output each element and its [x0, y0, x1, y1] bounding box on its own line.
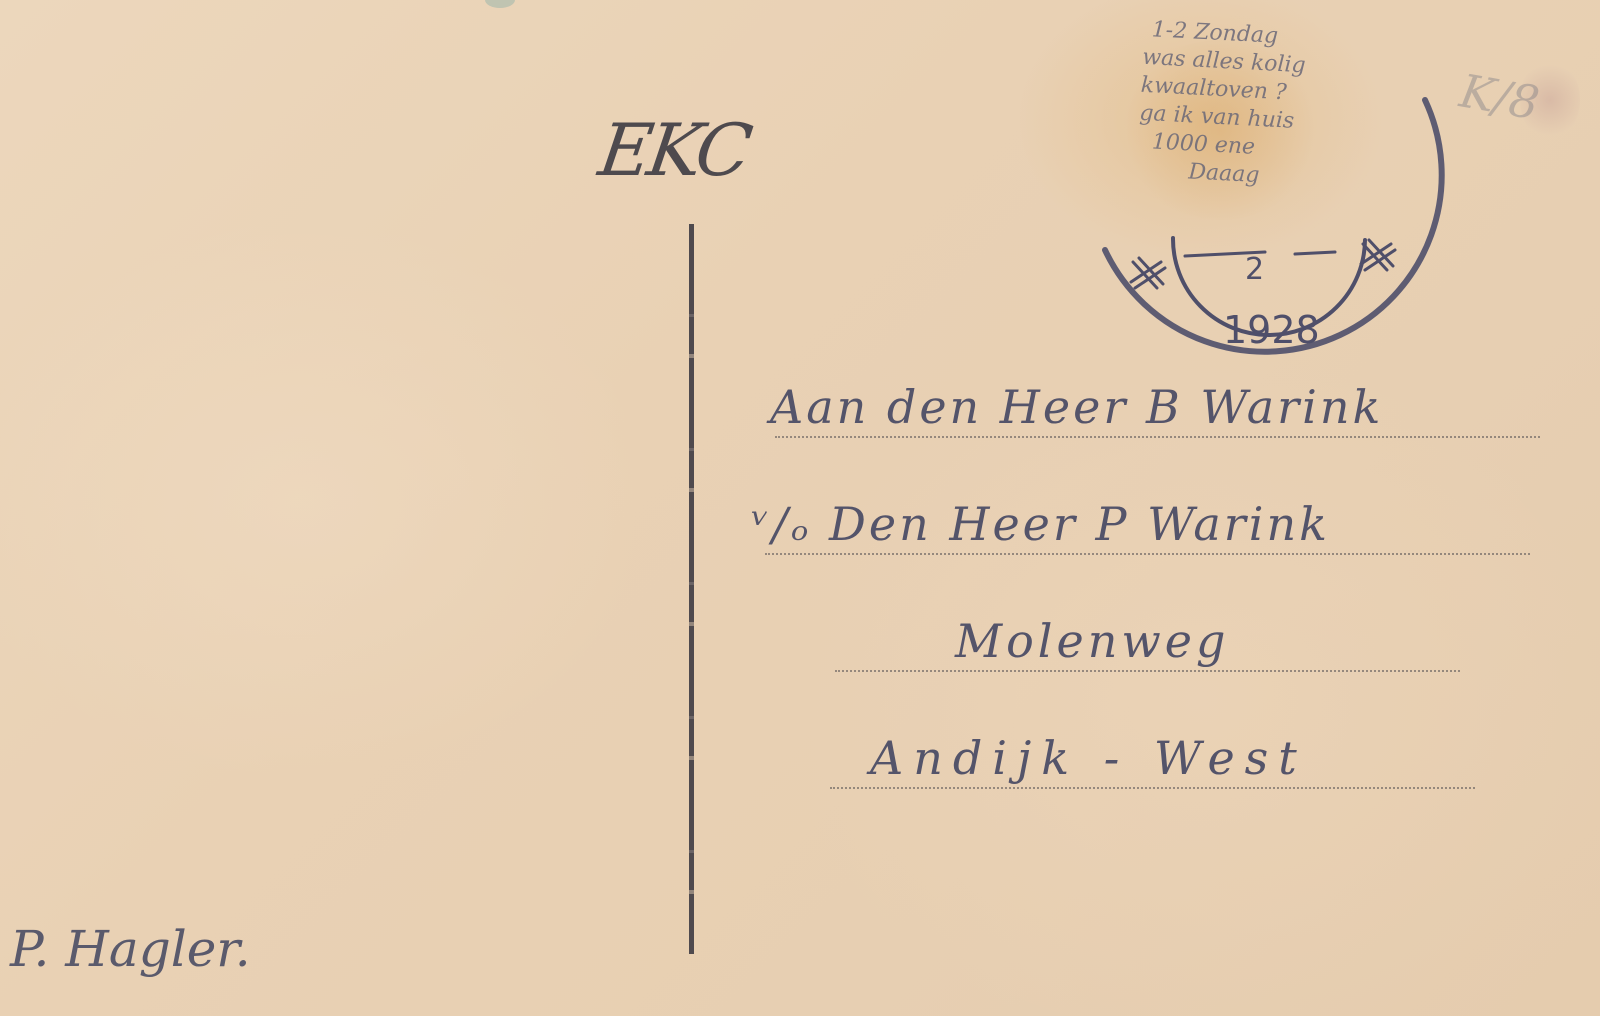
- postcard-back: EKC 1-2 Zondag was alles kolig kwaaltove…: [0, 0, 1600, 1016]
- town: Andijk - West: [870, 731, 1307, 785]
- corner-pencil-mark: K/8: [1456, 64, 1543, 131]
- address-line-1: [775, 436, 1540, 438]
- publisher-logo: EKC: [594, 108, 753, 192]
- postmark-year: 1928: [1223, 308, 1320, 352]
- postmark-day: 2: [1245, 252, 1264, 287]
- street: Molenweg: [955, 614, 1229, 668]
- care-of-line: ᵛ/ₒ Den Heer P Warink: [752, 497, 1330, 551]
- sender-signature: P. Hagler.: [10, 920, 251, 978]
- recipient-name: Aan den Heer B Warink: [770, 380, 1383, 434]
- address-line-4: [830, 787, 1475, 789]
- address-line-3: [835, 670, 1460, 672]
- paper-stain: [485, 0, 515, 8]
- postmark: 2 1928: [1095, 0, 1455, 380]
- center-divider: [689, 224, 694, 954]
- address-line-2: [765, 553, 1530, 555]
